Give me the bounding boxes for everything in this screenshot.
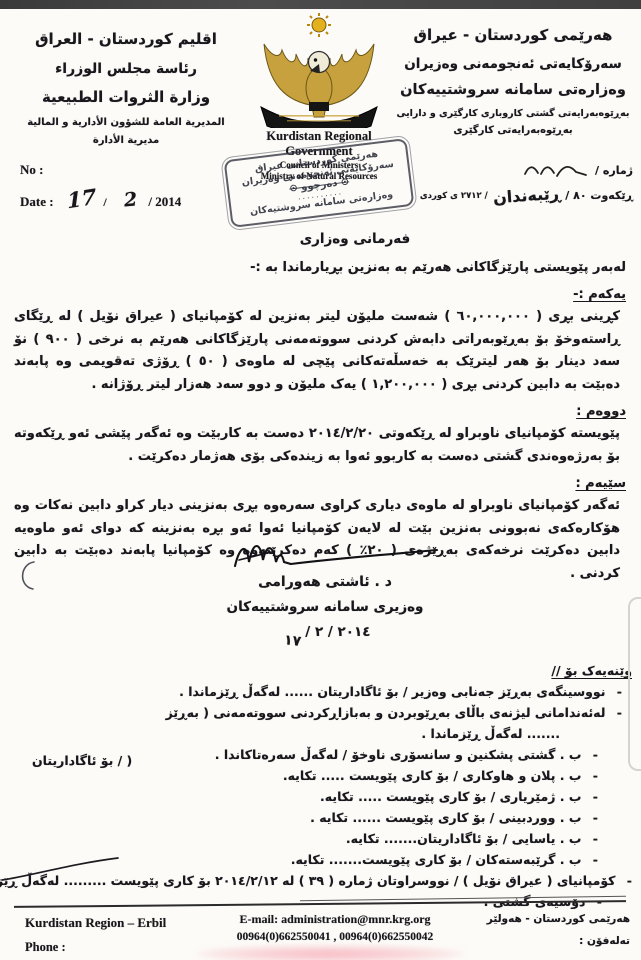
handwritten-month: 2 [123,188,138,211]
cc-dash: - [593,765,598,786]
cc-dash: - [617,702,622,723]
footer-email: E-mail: administration@mnr.krg.org [215,912,455,927]
header-arabic-region: اقليم كوردستان - العراق [12,30,240,48]
cc-item-text: ب . ژمێریاری / بۆ کاری پێویست ..... تکای… [320,789,581,804]
signer-title: وەزیری سامانە سروشتییەکان [205,599,445,615]
cc-item-text: ب . گرێبەستەکان / بۆ کاری پێویست....... … [291,852,582,867]
cc-item-text: ب . گشتی پشکنین و سانسۆری ناوخۆ / لەگەڵ … [215,747,582,762]
cc-dash: - [593,807,598,828]
cc-dash: - [593,786,598,807]
cc-item-legal: - ب . یاسایی / بۆ ئاگاداریتان....... تکا… [10,828,632,849]
cc-item-text: ب . ووردبینی / بۆ کاری پێویست ...... تکا… [310,810,581,825]
scrollbar-hint[interactable] [628,597,641,771]
footer-phone-label-kurdish: تەلەفۆن : [470,935,630,947]
reference-block-english: No : Date : 17 / 2 / 2014 [20,162,220,211]
header-kurdish: هەرێمی کوردستان - عیراق سەرۆکایەتی ئەنجو… [396,26,630,136]
header-arabic-ministry: وزارة الثروات الطبيعية [12,88,240,106]
header-kurdish-directorate: بەڕێوەبەرایەتی گشتی کاروباری کارگێری و د… [396,108,630,119]
signature-date-day-handwritten: ١٧ [283,632,302,650]
signature-date-printed: ٢٠١٤ / ٢ / [305,624,370,640]
subject-ministerial-order: فەرمانی وەزاری [290,231,420,247]
footer-kurdish: هەرێمی کوردستان - هەولێر تەلەفۆن : [470,913,630,947]
scanned-letter-page: اقليم كوردستان - العراق رئاسة مجلس الوزر… [0,0,641,960]
header-arabic: اقليم كوردستان - العراق رئاسة مجلس الوزر… [12,30,240,146]
footer-english: Kurdistan Region – Erbil Phone : [25,915,166,955]
cc-item-text: ب . پلان و هاوکاری / بۆ کاری پێویست ....… [283,768,582,783]
pen-strike-company-row [0,852,120,884]
cc-item-audit: - ب . ووردبینی / بۆ کاری پێویست ...... ت… [10,807,632,828]
header-kurdish-region: هەرێمی کوردستان - عیراق [396,26,630,44]
handwritten-signature [205,536,445,572]
handwritten-kurdish-year: / ٢٧١٢ ی کوردی [420,191,488,201]
footer-contact: E-mail: administration@mnr.krg.org 00964… [215,912,455,943]
section-text-first: کڕینی بڕی ( ٦٠,٠٠٠,٠٠٠ ) شەست ملیۆن لیتر… [14,306,626,396]
header-arabic-council: رئاسة مجلس الوزراء [12,61,240,77]
date-separator-1: / [103,195,106,209]
signature-date: ٢٠١٤ / ٢ / ١٧ [205,624,445,640]
body-intro: لەبەر پێویستی پارێزگاکانی هەرێم بە بەنزی… [14,257,626,279]
pen-mark-left-margin [14,556,40,596]
section-heading-third: سێیەم : [14,473,626,494]
signature-block: د . ئاشتی هەورامی وەزیری سامانە سروشتییە… [205,536,445,640]
cc-item-minister-office: - نووسینگەی بەڕێز جەنابی وەزیر / بۆ ئاگا… [10,681,632,702]
cc-item-committee: - لەئەندامانی لیژنەی باڵای بەڕێوبردن و ب… [10,702,632,723]
section-text-second: پێویستە کۆمپانیای ناوبراو لە ڕێکەوتی ٢٠١… [14,423,626,468]
cc-dash: - [593,849,598,870]
header-kurdish-council: سەرۆکایەتی ئەنجومەنی وەزیران [396,56,630,72]
cc-dash: - [593,828,598,849]
cc-item-text: ب . یاسایی / بۆ ئاگاداریتان....... تکایە… [346,831,582,846]
cc-item-planning: - ب . پلان و هاوکاری / بۆ کاری پێویست ..… [10,765,632,786]
cc-item-accounting: - ب . ژمێریاری / بۆ کاری پێویست ..... تک… [10,786,632,807]
header-arabic-directorate: المديرية العامة للشؤون الأدارية و المالي… [12,117,240,128]
cc-item-committee-continuation: ....... لەگەڵ ڕێزماندا . [10,723,632,744]
cc-item-inspection: - ب . گشتی پشکنین و سانسۆری ناوخۆ / لەگە… [10,744,632,765]
scan-pink-smudge [195,945,465,960]
section-heading-first: یەکەم :- [14,284,626,305]
handwritten-kurdish-month: ڕێبەندان [492,184,561,208]
handwritten-day: 17 [66,184,96,214]
number-label-kurdish: ژمارە / [595,164,633,177]
cc-item-text: لەئەندامانی لیژنەی باڵای بەڕێوبردن و بەب… [166,705,606,720]
date-label-kurdish: ڕێکەوت ٨٠ / [565,189,633,202]
cc-dash: - [617,681,622,702]
handwritten-number-scribble [521,160,591,180]
cc-heading: وێنەیەک بۆ // [10,660,632,681]
cc-dash: - [593,744,598,765]
no-label: No : [20,162,220,178]
reference-block-kurdish: ژمارە / ڕێکەوت ٨٠ / ڕێبەندان / ٢٧١٢ ی کو… [408,160,633,205]
date-row: Date : 17 / 2 / 2014 [20,186,220,211]
printed-year: / 2014 [148,194,181,209]
section-heading-second: دووەم : [14,401,626,422]
footer-region-english: Kurdistan Region – Erbil [25,915,166,931]
cc-dash: - [627,870,632,891]
scan-top-edge-bar [0,0,641,9]
cc-item-text: نووسینگەی بەڕێز جەنابی وەزیر / بۆ ئاگادا… [179,684,605,699]
header-arabic-directorate2: مديرية الأدارة [12,135,240,146]
footer-phone-label-english: Phone : [25,940,166,955]
signer-name: د . ئاشتی هەورامی [205,574,445,590]
header-kurdish-ministry: وەزارەتی سامانە سروشتییەکان [396,82,630,98]
krg-eagle-icon [243,12,395,128]
date-label: Date : [20,194,54,209]
cc-item-text: ....... لەگەڵ ڕێزماندا . [421,726,560,741]
header-kurdish-directorate2: بەڕێوەبەرایەتی کارگێری [396,125,630,136]
footer-phone-numbers: 00964(0)662550041 , 00964(0)662550042 [215,931,455,943]
footer-region-kurdish: هەرێمی کوردستان - هەولێر [470,913,630,925]
